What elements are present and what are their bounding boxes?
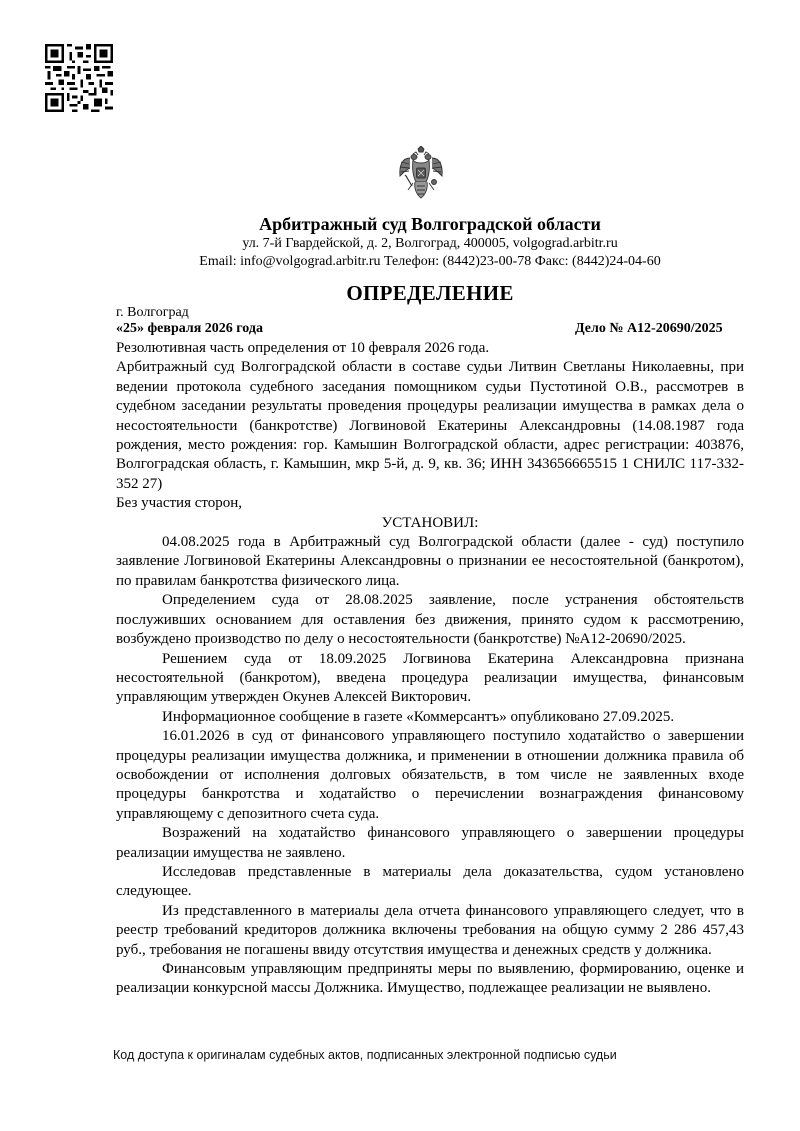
paragraph-no-objections: Возражений на ходатайство финансового уп… (116, 824, 744, 863)
paragraph-bankruptcy-decision: Решением суда от 18.09.2025 Логвинова Ек… (116, 650, 744, 708)
paragraph-parties-absent: Без участия сторон, (116, 494, 744, 513)
paragraph-motion-completion: 16.01.2026 в суд от финансового управляю… (116, 727, 744, 824)
paragraph-estate-measures: Финансовым управляющим предприняты меры … (116, 960, 744, 999)
qr-code (45, 44, 113, 112)
court-address: ул. 7-й Гвардейской, д. 2, Волгоград, 40… (0, 236, 800, 252)
paragraph-creditor-claims: Из представленного в материалы дела отче… (116, 902, 744, 960)
court-contacts: Email: info@volgograd.arbitr.ru Телефон:… (0, 254, 800, 270)
paragraph-operative-part-date: Резолютивная часть определения от 10 фев… (116, 339, 744, 358)
case-number: Дело № А12-20690/2025 (575, 321, 723, 337)
paragraph-application-received: 04.08.2025 года в Арбитражный суд Волгог… (116, 533, 744, 591)
coat-of-arms-emblem (398, 146, 444, 202)
paragraph-court-composition: Арбитражный суд Волгоградской области в … (116, 358, 744, 494)
document-date: «25» февраля 2026 года (116, 321, 263, 337)
document-title: ОПРЕДЕЛЕНИЕ (0, 281, 800, 306)
paragraph-application-accepted: Определением суда от 28.08.2025 заявлени… (116, 591, 744, 649)
footer-access-code-note: Код доступа к оригиналам судебных актов,… (113, 1048, 617, 1062)
qr-code-icon (45, 44, 113, 112)
paragraph-evidence-examined: Исследовав представленные в материалы де… (116, 863, 744, 902)
section-heading-established: УСТАНОВИЛ: (116, 514, 744, 533)
document-body: Резолютивная часть определения от 10 фев… (116, 339, 744, 999)
court-name: Арбитражный суд Волгоградской области (0, 214, 800, 235)
document-city: г. Волгоград (116, 305, 189, 321)
double-headed-eagle-icon (398, 146, 444, 202)
paragraph-publication: Информационное сообщение в газете «Комме… (116, 708, 744, 727)
